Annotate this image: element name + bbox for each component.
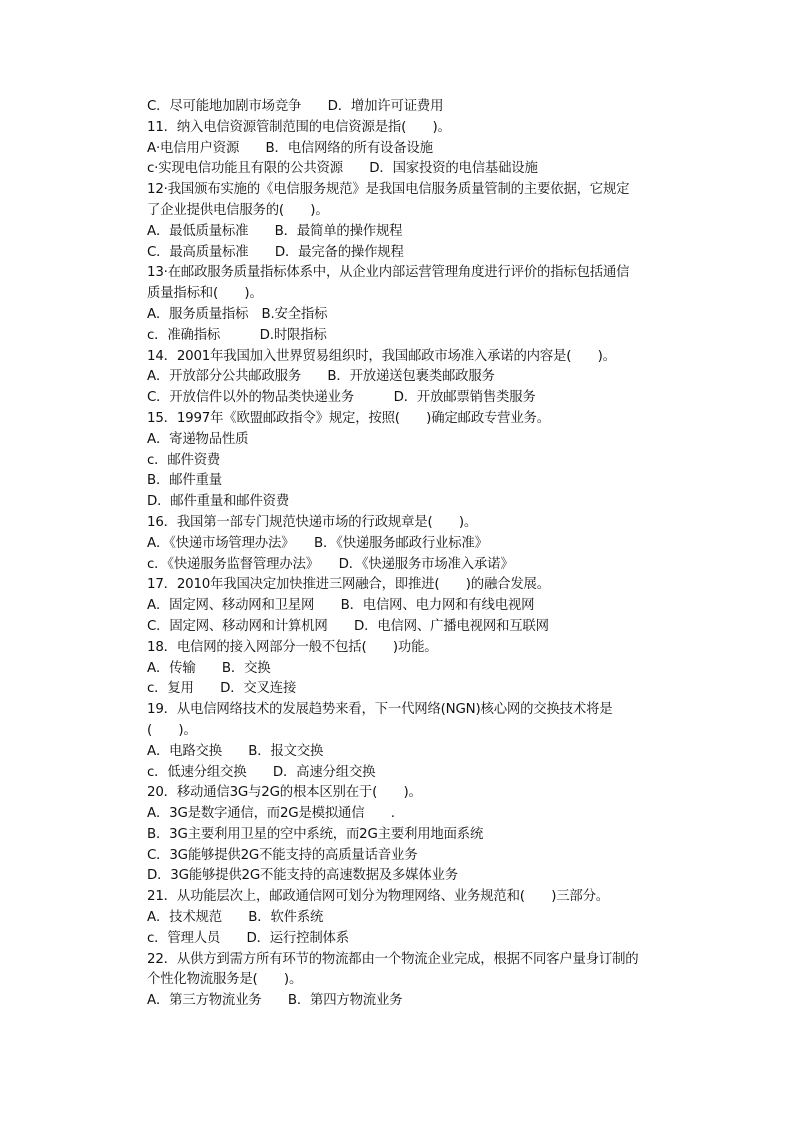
option-line: D．邮件重量和邮件资费: [147, 492, 677, 513]
option-line: A．第三方物流业务 B．第四方物流业务: [147, 991, 677, 1012]
option-line: A．技术规范 B．软件系统: [147, 908, 677, 929]
option-line: A．《快递市场管理办法》 B．《快递服务邮政行业标准》: [147, 534, 677, 555]
question-18: 18．电信网的接入网部分一般不包括( )功能。: [147, 638, 677, 659]
question-19: 19．从电信网络技术的发展趋势来看，下一代网络(NGN)核心网的交换技术将是: [147, 700, 677, 721]
question-21: 21．从功能层次上，邮政通信网可划分为物理网络、业务规范和( )三部分。: [147, 887, 677, 908]
option-line: B．邮件重量: [147, 471, 677, 492]
question-13: 13·在邮政服务质量指标体系中，从企业内部运营管理角度进行评价的指标包括通信: [147, 263, 677, 284]
question-17: 17．2010年我国决定加快推进三网融合，即推进( )的融合发展。: [147, 575, 677, 596]
question-12-cont: 了企业提供电信服务的( )。: [147, 201, 677, 222]
option-line: A·电信用户资源 B．电信网络的所有设备设施: [147, 139, 677, 160]
option-line: A．寄递物品性质: [147, 430, 677, 451]
option-line: D．3G能够提供2G不能支持的高速数据及多媒体业务: [147, 866, 677, 887]
option-line: C．最高质量标准 D．最完备的操作规程: [147, 243, 677, 264]
question-12: 12·我国颁布实施的《电信服务规范》是我国电信服务质量管制的主要依据，它规定: [147, 180, 677, 201]
document-page: C．尽可能地加剧市场竞争 D．增加许可证费用 11．纳入电信资源管制范围的电信资…: [147, 97, 677, 1012]
option-line: A．最低质量标准 B．最简单的操作规程: [147, 222, 677, 243]
option-line: A．3G是数字通信，而2G是模拟通信 .: [147, 804, 677, 825]
text-line: C．尽可能地加剧市场竞争 D．增加许可证费用: [147, 97, 677, 118]
question-22-cont: 个性化物流服务是( )。: [147, 970, 677, 991]
question-11: 11．纳入电信资源管制范围的电信资源是指( )。: [147, 118, 677, 139]
option-line: c·实现电信功能且有限的公共资源 D．国家投资的电信基础设施: [147, 159, 677, 180]
option-line: A．服务质量指标 B.安全指标: [147, 305, 677, 326]
option-line: c．复用 D．交叉连接: [147, 679, 677, 700]
question-22: 22．从供方到需方所有环节的物流都由一个物流企业完成，根据不同客户量身订制的: [147, 950, 677, 971]
option-line: B．3G主要利用卫星的空中系统，而2G主要利用地面系统: [147, 825, 677, 846]
option-line: A．开放部分公共邮政服务 B．开放递送包裹类邮政服务: [147, 367, 677, 388]
option-line: A．传输 B．交换: [147, 659, 677, 680]
option-line: c．准确指标 D.时限指标: [147, 326, 677, 347]
option-line: A．电路交换 B．报文交换: [147, 742, 677, 763]
option-line: c．《快递服务监督管理办法》 D．《快递服务市场准入承诺》: [147, 555, 677, 576]
option-line: C．固定网、移动网和计算机网 D．电信网、广播电视网和互联网: [147, 617, 677, 638]
question-20: 20．移动通信3G与2G的根本区别在于( )。: [147, 783, 677, 804]
question-13-cont: 质量指标和( )。: [147, 284, 677, 305]
option-line: c．低速分组交换 D．高速分组交换: [147, 763, 677, 784]
option-line: A．固定网、移动网和卫星网 B．电信网、电力网和有线电视网: [147, 596, 677, 617]
question-14: 14．2001年我国加入世界贸易组织时，我国邮政市场准入承诺的内容是( )。: [147, 347, 677, 368]
question-15: 15．1997年《欧盟邮政指令》规定，按照( )确定邮政专营业务。: [147, 409, 677, 430]
question-16: 16．我国第一部专门规范快递市场的行政规章是( )。: [147, 513, 677, 534]
option-line: C．3G能够提供2G不能支持的高质量话音业务: [147, 846, 677, 867]
option-line: c．邮件资费: [147, 451, 677, 472]
question-19-cont: ( )。: [147, 721, 677, 742]
option-line: c．管理人员 D．运行控制体系: [147, 929, 677, 950]
option-line: C．开放信件以外的物品类快递业务 D．开放邮票销售类服务: [147, 388, 677, 409]
